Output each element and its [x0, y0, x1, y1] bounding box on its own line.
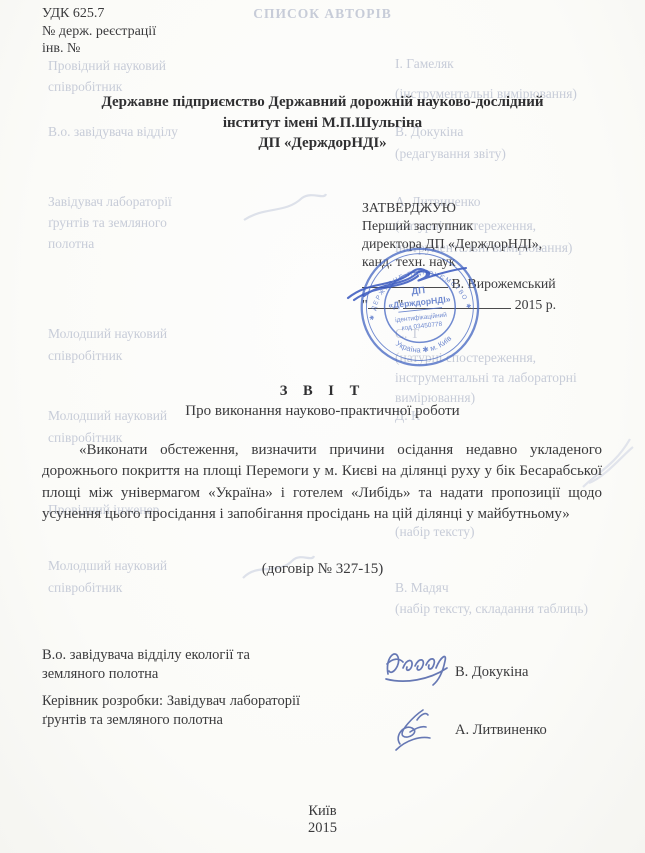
ghost-text: В. Мадяч	[395, 580, 449, 596]
ghost-text: (набір тексту)	[395, 524, 475, 540]
ghost-text: Провідний науковий	[48, 58, 166, 74]
footer-city: Київ	[0, 803, 645, 820]
ghost-text: Завідувач лабораторії	[48, 194, 172, 210]
signatory-position: Керівник розробки: Завідувач лабораторії…	[42, 692, 300, 730]
org-title-line3: ДП «ДерждорНДІ»	[0, 133, 645, 154]
report-title: З В І Т	[0, 383, 645, 400]
report-subtitle: Про виконання науково-практичної роботи	[0, 403, 645, 420]
signatory-position: В.о. завідувача відділу екології та земл…	[42, 646, 300, 684]
approval-year: 2015 р.	[515, 297, 556, 312]
scanned-report-cover-page: СПИСОК АВТОРІВ Провідний науковийспівроб…	[0, 0, 645, 853]
director-signature	[342, 258, 472, 306]
org-title-line2: інститут імені М.П.Шульгіна	[0, 113, 645, 134]
org-title-line1: Державне підприємство Державний дорожній…	[0, 92, 645, 113]
signatory-name: А. Литвиненко	[455, 722, 547, 739]
handwritten-signature	[383, 646, 453, 690]
udc-line: УДК 625.7	[42, 5, 156, 23]
approval-title: ЗАТВЕРДЖУЮ	[362, 199, 592, 217]
registration-meta: УДК 625.7 № держ. реєстрації інв. №	[42, 5, 156, 58]
contract-number: (договір № 327-15)	[0, 561, 645, 578]
ghost-text: ґрунтів та земляного	[48, 215, 167, 231]
handwritten-signature	[390, 702, 442, 754]
report-scope-paragraph: «Виконати обстеження, визначити причини …	[42, 440, 602, 525]
ghost-text: Молодший науковий	[48, 326, 167, 342]
ghost-signature-stroke	[240, 188, 330, 228]
state-registration-line: № держ. реєстрації	[42, 23, 156, 41]
ghost-text: (набір тексту, складання таблиць)	[395, 601, 588, 617]
footer-year: 2015	[0, 820, 645, 837]
ghost-text: полотна	[48, 236, 94, 252]
signatory-name: В. Докукіна	[455, 664, 528, 681]
ghost-text: співробітник	[48, 348, 122, 364]
approval-line1: Перший заступник	[362, 217, 592, 235]
ghost-text: І. Гамеляк	[395, 56, 454, 72]
organization-title: Державне підприємство Державний дорожній…	[0, 92, 645, 154]
ghost-text: співробітник	[48, 580, 122, 596]
inventory-line: інв. №	[42, 40, 156, 58]
